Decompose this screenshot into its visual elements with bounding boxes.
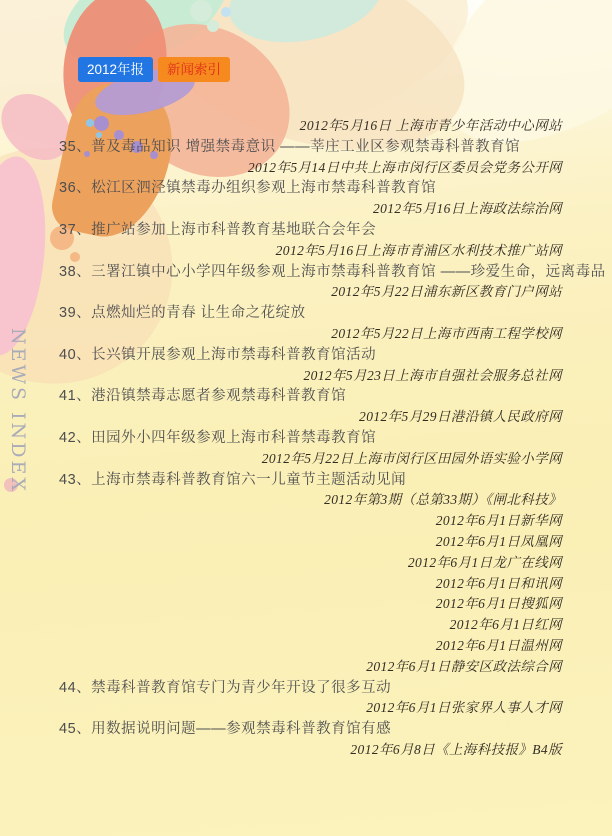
entry-source: 2012年5月22日上海市西南工程学校网 [0,324,612,345]
entry-source: 2012年6月1日搜狐网 [0,594,612,615]
entry-source: 2012年5月16日 上海市青少年活动中心网站 [0,116,612,137]
entry-title: 44、禁毒科普教育馆专门为青少年开设了很多互动 [0,678,612,699]
entry-source: 2012年6月8日《上海科技报》B4版 [0,740,612,761]
entry-title: 42、田园外小四年级参观上海市科普禁毒教育馆 [0,428,612,449]
news-index-page: 2012年报 新闻索引 NEWS INDEX 2012年5月16日 上海市青少年… [0,0,612,836]
entry-title: 37、推广站参加上海市科普教育基地联合会年会 [0,220,612,241]
entry-source: 2012年6月1日张家界人事人才网 [0,698,612,719]
entry-source: 2012年6月1日静安区政法综合网 [0,657,612,678]
entry-title: 43、上海市禁毒科普教育馆六一儿童节主题活动见闻 [0,470,612,491]
entry-title: 39、点燃灿烂的青春 让生命之花绽放 [0,303,612,324]
entry-source: 2012年5月29日港沿镇人民政府网 [0,407,612,428]
entry-title: 45、用数据说明问题——参观禁毒科普教育馆有感 [0,719,612,740]
decoration-dot-green [207,20,219,32]
entry-source: 2012年6月1日龙广在线网 [0,553,612,574]
tab-news-index[interactable]: 新闻索引 [158,57,230,82]
decoration-petal-teal [221,0,390,55]
entry-source: 2012年6月1日红网 [0,615,612,636]
header-tabs: 2012年报 新闻索引 [78,57,230,82]
entry-source: 2012年6月1日和讯网 [0,574,612,595]
entry-source: 2012年6月1日温州网 [0,636,612,657]
entry-title: 36、松江区泗泾镇禁毒办组织参观上海市禁毒科普教育馆 [0,178,612,199]
entry-title: 41、港沿镇禁毒志愿者参观禁毒科普教育馆 [0,386,612,407]
entry-source: 2012年5月22日浦东新区教育门户网站 [0,282,612,303]
entry-title: 40、长兴镇开展参观上海市禁毒科普教育馆活动 [0,345,612,366]
entry-source: 2012年6月1日凤凰网 [0,532,612,553]
entry-source: 2012年5月16日上海市青浦区水利技术推广站网 [0,241,612,262]
tab-2012-annual-report[interactable]: 2012年报 [78,57,153,82]
entry-source: 2012年5月22日上海市闵行区田园外语实验小学网 [0,449,612,470]
decoration-dot-green [190,0,212,22]
entry-title: 38、三署江镇中心小学四年级参观上海市禁毒科普教育馆 ——珍爱生命，远离毒品 [0,262,612,283]
entry-source: 2012年第3期（总第33期）《闸北科技》 [0,490,612,511]
entry-source: 2012年5月23日上海市自强社会服务总社网 [0,366,612,387]
entry-source: 2012年6月1日新华网 [0,511,612,532]
entry-source: 2012年5月14日中共上海市闵行区委员会党务公开网 [0,158,612,179]
entry-source: 2012年5月16日上海政法综治网 [0,199,612,220]
news-index-list: 2012年5月16日 上海市青少年活动中心网站35、普及毒品知识 增强禁毒意识 … [0,116,612,761]
decoration-dot-blue [221,7,231,17]
entry-title: 35、普及毒品知识 增强禁毒意识 ——莘庄工业区参观禁毒科普教育馆 [0,137,612,158]
